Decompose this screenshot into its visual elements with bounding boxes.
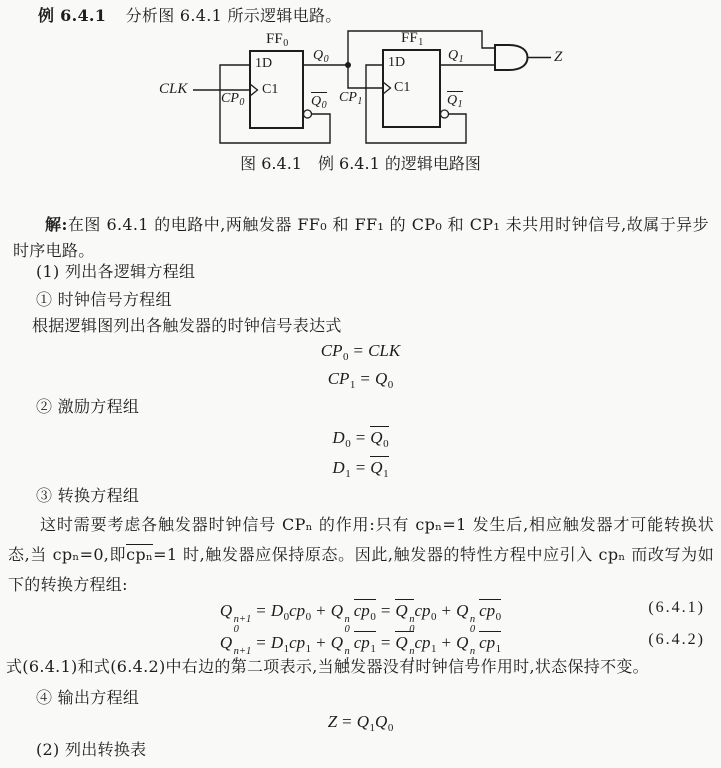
- ff0-inverter-bubble-icon: [304, 110, 312, 118]
- eq-642-body: Qn+11=D1cp1+Qn1cp1=Qn1cp1+Qn1cp1: [220, 633, 501, 652]
- ff0-label: FF0: [266, 31, 288, 48]
- cpn-overline: cpₙ: [126, 544, 153, 564]
- equation-cp0: CP0=CLK: [0, 341, 721, 361]
- junction-dot: [345, 62, 351, 68]
- solution-label: 解:: [45, 215, 68, 234]
- ff1-label: FF1: [401, 30, 423, 47]
- ff0-clock-triangle-icon: [250, 84, 258, 96]
- excitation-equations-heading: ② 激励方程组: [36, 397, 139, 417]
- logic-circuit-diagram: FF0 FF1 1D C1 1D C1 CLK CP0 CP1 Q0 Q0 Q1…: [0, 25, 721, 151]
- ff0-c1-label: C1: [262, 82, 278, 98]
- conversion-paragraph: 这时需要考虑各触发器时钟信号 CPₙ 的作用:只有 cpₙ=1 发生后,相应触发…: [8, 510, 714, 600]
- cp0-label: CP0: [221, 91, 244, 107]
- output-equations-heading: ④ 输出方程组: [36, 688, 139, 708]
- q1-label: Q1: [448, 48, 464, 64]
- equation-6-4-1: Qn+10=D0cp0+Qn0cp0=Qn0cp0+Qn0cp0 (6.4.1): [0, 599, 721, 634]
- equation-d0: D0=Q0: [0, 426, 721, 448]
- z-label: Z: [554, 49, 562, 66]
- eq-641-body: Qn+10=D0cp0+Qn0cp0=Qn0cp0+Qn0cp0: [220, 601, 501, 620]
- q0-bar-label: Q0: [311, 92, 327, 110]
- eq-641-number: (6.4.1): [648, 599, 705, 617]
- q1-bar-label: Q1: [447, 91, 463, 109]
- eq-642-number: (6.4.2): [648, 631, 705, 649]
- example-title: 例 6.4.1 分析图 6.4.1 所示逻辑电路。: [38, 6, 342, 26]
- ff0-1d-label: 1D: [255, 56, 272, 72]
- ff1-1d-label: 1D: [388, 55, 405, 71]
- ff1-clock-triangle-icon: [383, 82, 391, 94]
- equation-cp1: CP1=Q0: [0, 369, 721, 389]
- solution-paragraph: 解:在图 6.4.1 的电路中,两触发器 FF₀ 和 FF₁ 的 CP₀ 和 C…: [13, 212, 709, 264]
- step2-heading: (2) 列出转换表: [36, 740, 146, 760]
- clk-label: CLK: [159, 81, 187, 98]
- clock-equations-intro: 根据逻辑图列出各触发器的时钟信号表达式: [32, 316, 342, 336]
- cp1-label: CP1: [339, 90, 362, 106]
- figure-caption: 图 6.4.1 例 6.4.1 的逻辑电路图: [0, 151, 721, 174]
- equation-z: Z=Q1Q0: [0, 712, 721, 732]
- and-gate: [495, 45, 528, 70]
- ff1-inverter-bubble-icon: [441, 110, 449, 118]
- example-text: 分析图 6.4.1 所示逻辑电路。: [126, 6, 342, 25]
- ff1-c1-label: C1: [394, 80, 410, 96]
- equations-note: 式(6.4.1)和式(6.4.2)中右边的第二项表示,当触发器没有时钟信号作用时…: [6, 657, 718, 677]
- clock-equations-heading: ① 时钟信号方程组: [36, 290, 172, 310]
- circuit-svg: [0, 25, 721, 151]
- q0-label: Q0: [313, 48, 329, 64]
- example-number: 例 6.4.1: [38, 6, 106, 25]
- textbook-page: { "page": { "background": "#f9f9f7", "in…: [0, 0, 721, 768]
- equation-d1: D1=Q1: [0, 456, 721, 478]
- step1-heading: (1) 列出各逻辑方程组: [36, 262, 195, 282]
- conversion-equations-heading: ③ 转换方程组: [36, 486, 139, 506]
